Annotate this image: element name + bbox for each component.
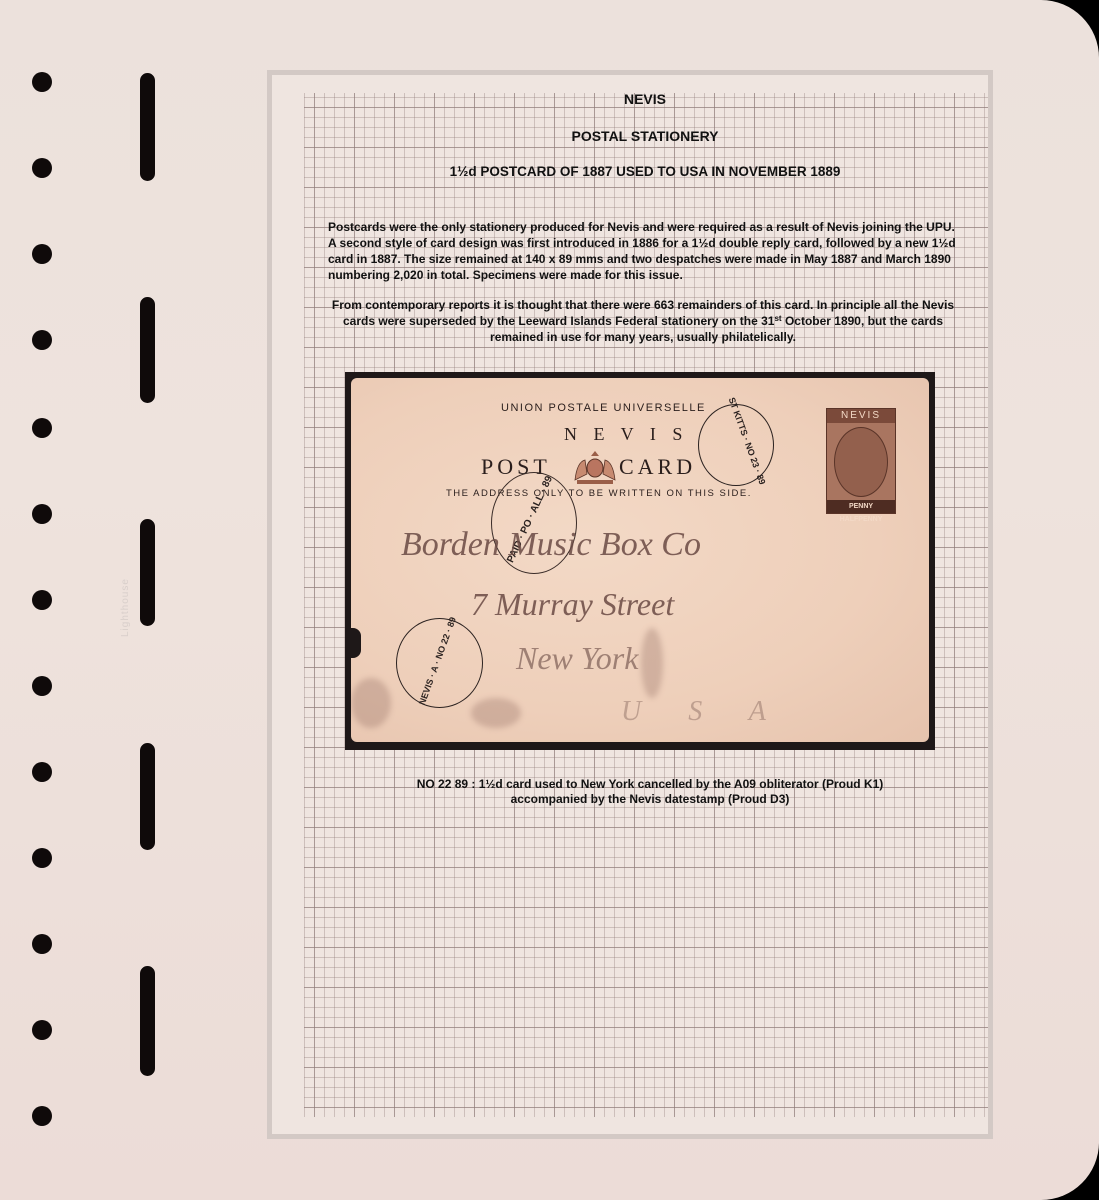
address-line-1: Borden Music Box Co	[401, 526, 701, 564]
binder-slot	[140, 743, 155, 850]
page-heading: 1½d POSTCARD OF 1887 USED TO USA IN NOVE…	[300, 164, 990, 179]
description-paragraph-1: Postcards were the only stationery produ…	[328, 219, 958, 283]
page-watermark: Lighthouse	[120, 515, 140, 700]
page-subtitle: POSTAL STATIONERY	[300, 128, 990, 144]
binder-hole	[32, 158, 52, 178]
binder-hole	[32, 1020, 52, 1040]
stamp-country-label: NEVIS	[827, 409, 895, 423]
card-tear	[351, 628, 361, 658]
binder-hole	[32, 1106, 52, 1126]
binder-hole	[32, 244, 52, 264]
binder-hole	[32, 330, 52, 350]
binder-hole	[32, 418, 52, 438]
item-caption: NO 22 89 : 1½d card used to New York can…	[340, 777, 960, 807]
binder-hole	[32, 676, 52, 696]
binder-hole	[32, 72, 52, 92]
binder-slot	[140, 966, 155, 1076]
binder-hole	[32, 848, 52, 868]
paragraph-2-ordinal: st	[774, 314, 781, 323]
stain	[351, 678, 391, 728]
binder-hole	[32, 590, 52, 610]
stain	[641, 628, 663, 698]
album-page: Lighthouse NEVIS POSTAL STATIONERY 1½d P…	[0, 0, 1099, 1200]
postcard: UNION POSTALE UNIVERSELLE N E V I S POST…	[351, 378, 929, 742]
address-line-3: New York	[516, 640, 638, 677]
stamp-value-label: PENNY HALFPENNY	[827, 500, 895, 513]
binder-slot	[140, 297, 155, 403]
binder-hole	[32, 934, 52, 954]
stain	[471, 698, 521, 728]
address-line-4: U S A	[621, 696, 786, 728]
binder-hole	[32, 504, 52, 524]
royal-crest-icon	[571, 450, 619, 486]
upu-line: UNION POSTALE UNIVERSELLE	[501, 402, 706, 414]
description-paragraph-2: From contemporary reports it is thought …	[328, 297, 958, 345]
stamp: NEVIS PENNY HALFPENNY	[826, 408, 896, 514]
address-instruction: THE ADDRESS ONLY TO BE WRITTEN ON THIS S…	[446, 488, 752, 499]
postcard-mount: UNION POSTALE UNIVERSELLE N E V I S POST…	[345, 372, 935, 750]
binder-slot	[140, 519, 155, 626]
country-name: N E V I S	[564, 424, 688, 445]
queen-portrait-icon	[834, 427, 888, 497]
address-line-2: 7 Murray Street	[471, 586, 674, 623]
binder-hole	[32, 762, 52, 782]
binder-slot	[140, 73, 155, 181]
caption-line-2: accompanied by the Nevis datestamp (Prou…	[340, 792, 960, 807]
caption-line-1: NO 22 89 : 1½d card used to New York can…	[340, 777, 960, 792]
card-word: CARD	[619, 454, 696, 480]
page-title: NEVIS	[300, 91, 990, 107]
